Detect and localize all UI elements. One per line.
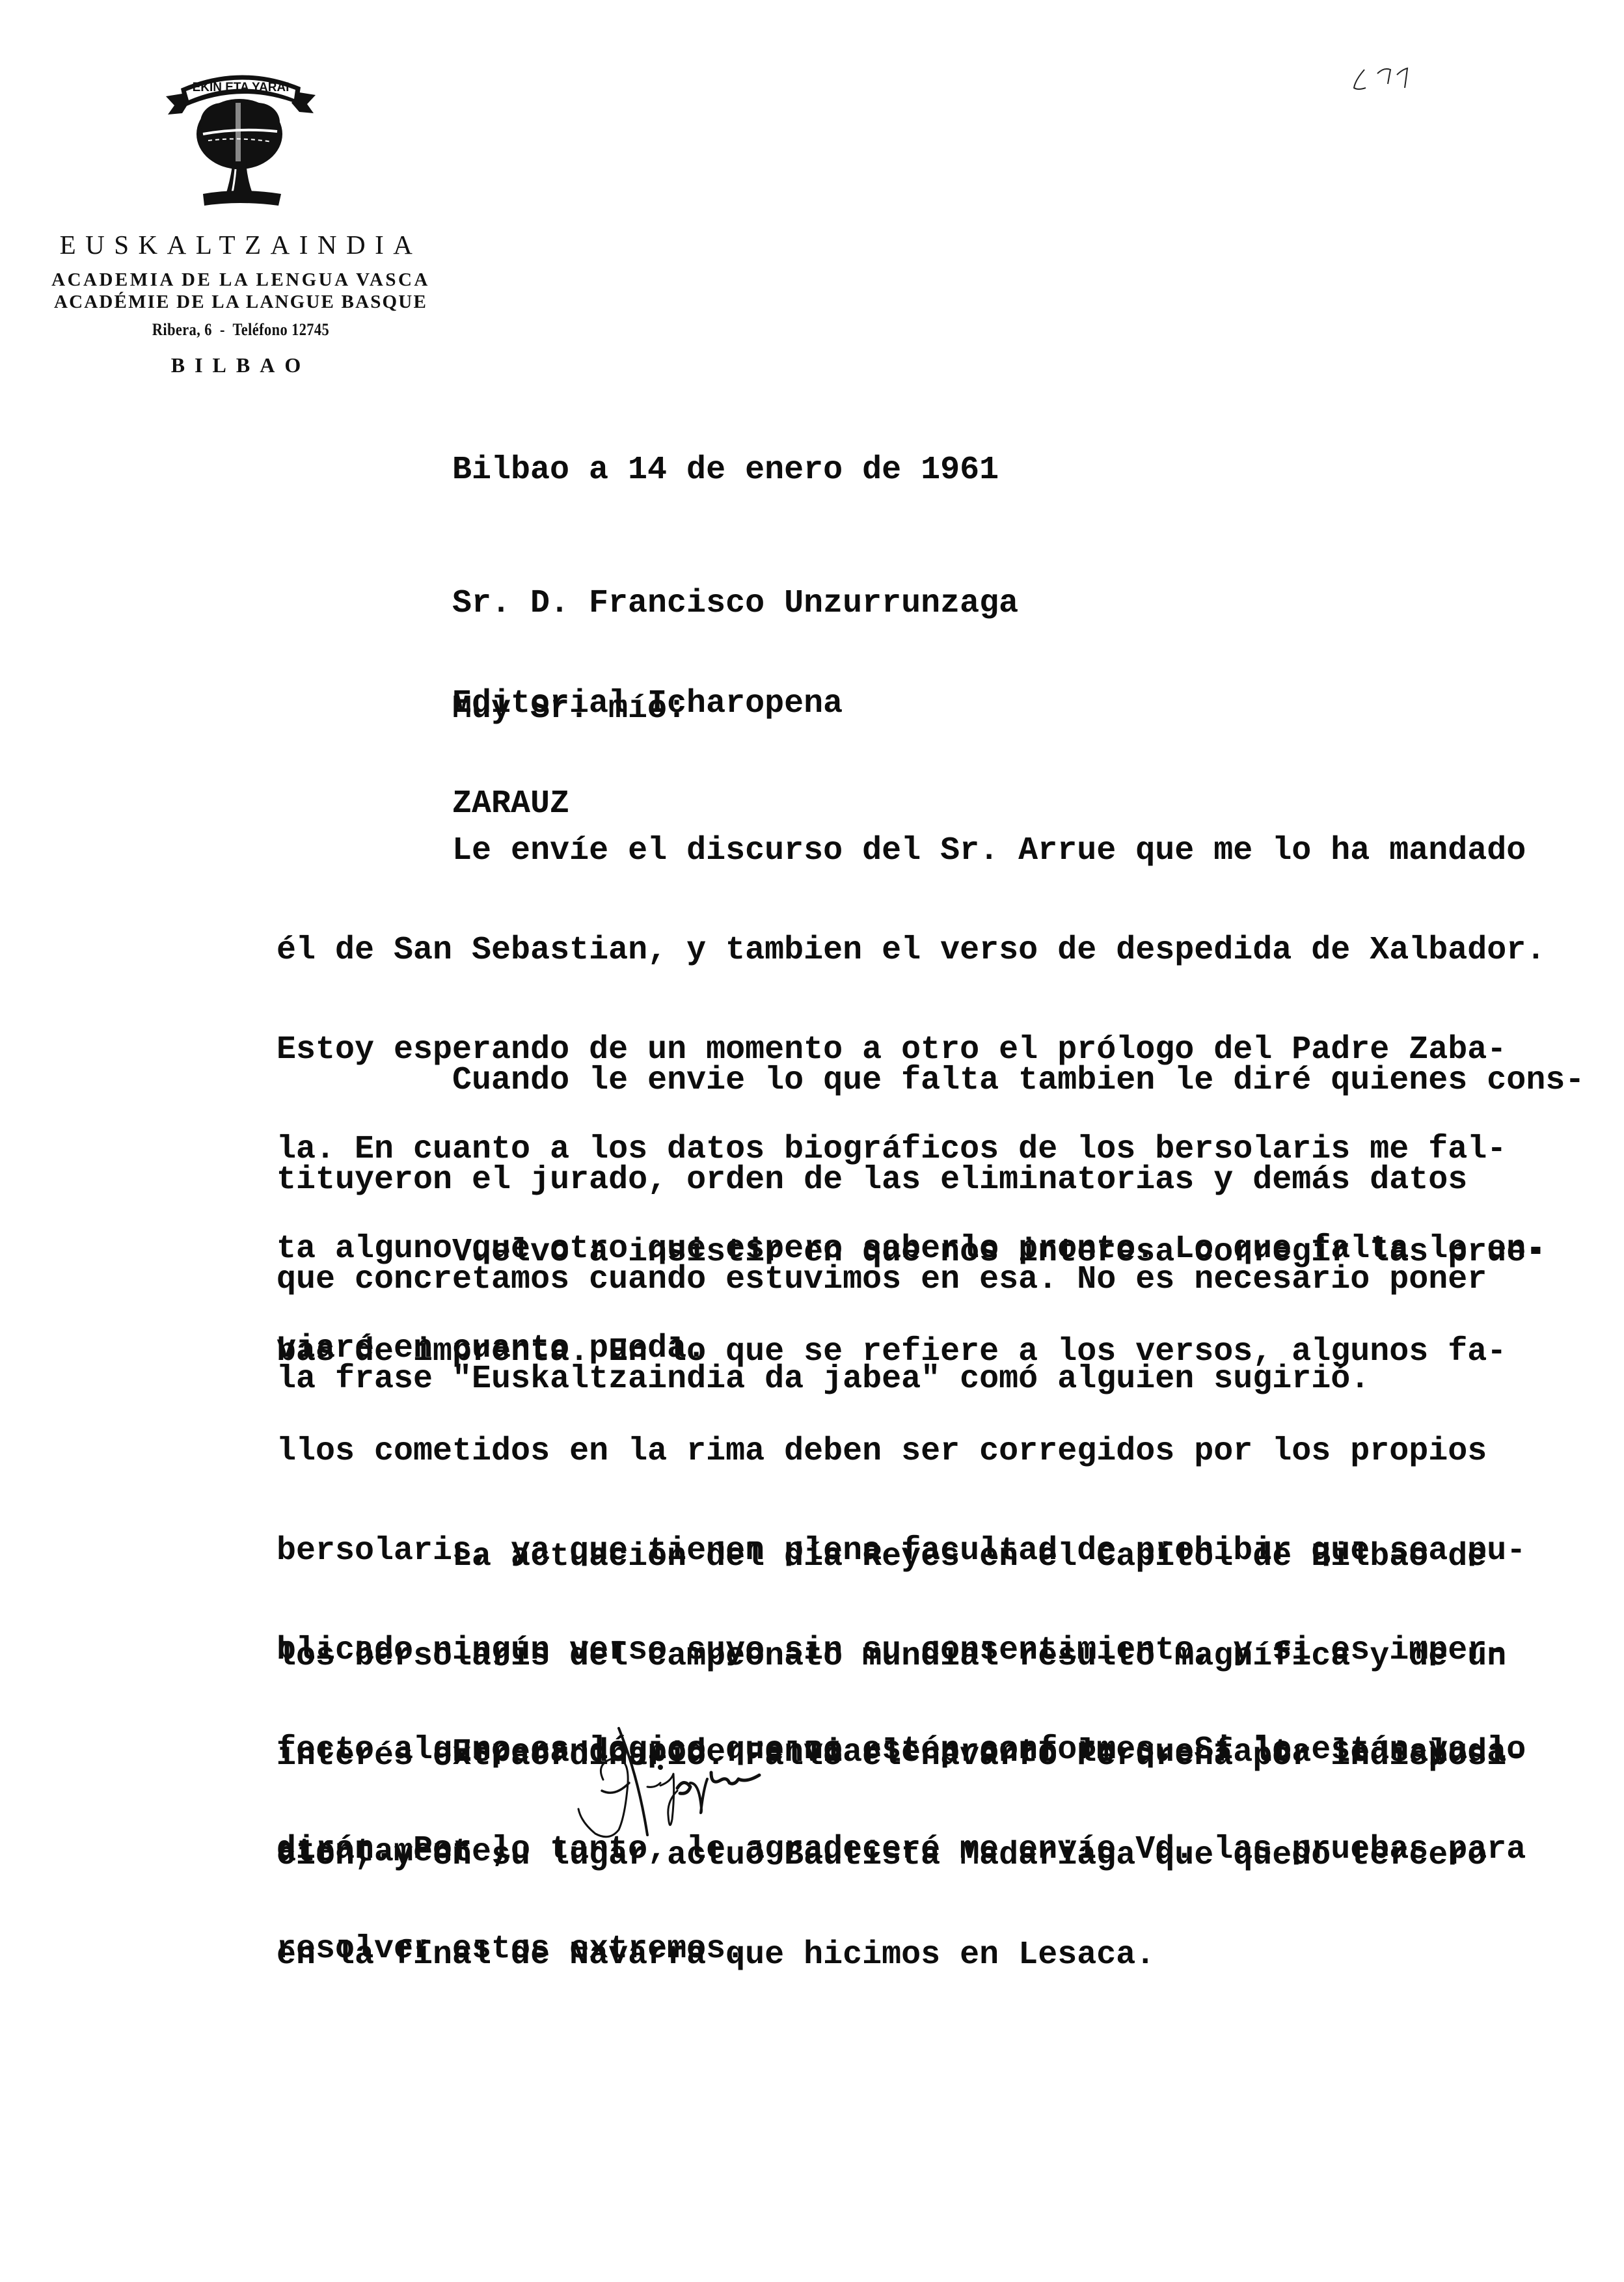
logo-motto: EKIN ETA YARAI: [193, 81, 290, 94]
paragraph-line: Le envíe el discurso del Sr. Arrue que m…: [277, 834, 1545, 867]
letterhead-city: BILBAO: [39, 353, 442, 377]
salutation: Muy Sr. mío:: [452, 692, 686, 726]
letter-date: Bilbao a 14 de enero de 1961: [452, 454, 999, 487]
paragraph-line: en la final de Navarra que hicimos en Le…: [277, 1938, 1526, 1972]
letterhead-address: Ribera, 6 - Teléfono 12745: [67, 320, 414, 340]
paragraph-line: La actuación del día Reyes en el Capitol…: [277, 1540, 1526, 1573]
paragraph-line: bas de imprenta. En lo que se refiere a …: [277, 1335, 1545, 1368]
paragraph-line: los bersolaris del campeonato mundial re…: [277, 1640, 1526, 1673]
handwritten-signature-icon: [556, 1718, 791, 1861]
closing-line: atentamente,: [277, 1836, 1506, 1869]
recipient-name: Sr. D. Francisco Unzurrunzaga: [452, 587, 1018, 621]
paragraph-line: Vuelvo a insistir en que nos interesa co…: [277, 1236, 1545, 1269]
oak-tree-logo-icon: EKIN ETA YARAI: [163, 57, 319, 207]
closing: Esperando poder enviarle pronto lo que f…: [277, 1670, 1506, 1902]
paragraph-line: llos cometidos en la rima deben ser corr…: [277, 1435, 1545, 1468]
handwritten-archive-number: 671: [1350, 62, 1422, 94]
paragraph-line: él de San Sebastian, y tambien el verso …: [277, 934, 1545, 967]
letterhead-subtitle-french: ACADÉMIE DE LA LANGUE BASQUE: [39, 292, 442, 313]
closing-line: Esperando poder enviarle pronto lo que f…: [277, 1736, 1506, 1769]
paragraph-line: Cuando le envie lo que falta tambien le …: [277, 1064, 1584, 1097]
letterhead-subtitle-spanish: ACADEMIA DE LA LENGUA VASCA: [39, 269, 442, 291]
letterhead-organization-name: EUSKALTZAINDIA: [39, 229, 442, 260]
